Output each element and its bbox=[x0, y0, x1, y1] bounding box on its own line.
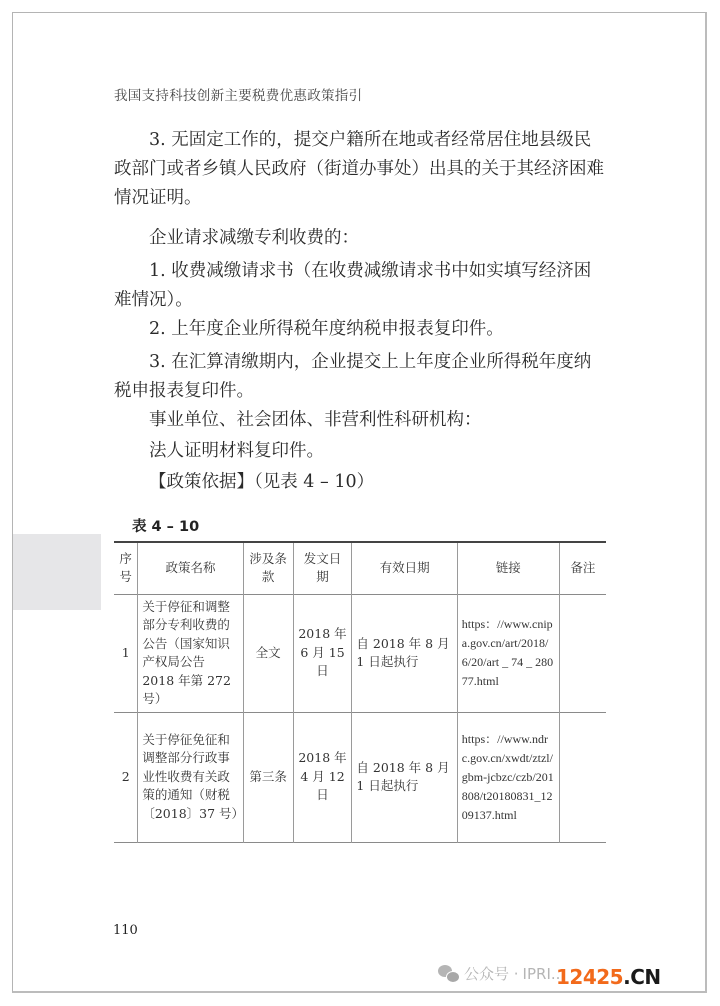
cell-policy-name: 关于停征免征和调整部分行政事业性收费有关政策的通知（财税〔2018〕37 号） bbox=[138, 712, 243, 842]
cell-seq: 1 bbox=[114, 594, 138, 712]
header-policy-name: 政策名称 bbox=[138, 542, 243, 594]
cell-link: https：//www.cnipa.gov.cn/art/2018/6/20/a… bbox=[457, 594, 559, 712]
site-badge-tld: .CN bbox=[623, 965, 661, 989]
cell-effective-date: 自 2018 年 8 月 1 日起执行 bbox=[352, 594, 457, 712]
wechat-icon bbox=[438, 965, 460, 983]
paragraph-last-year-tax: 2. 上年度企业所得税年度纳税申报表复印件。 bbox=[114, 315, 606, 344]
chapter-side-tab bbox=[13, 534, 101, 610]
cell-issue-date: 2018 年 4 月 12 日 bbox=[293, 712, 352, 842]
cell-seq: 2 bbox=[114, 712, 138, 842]
policy-table: 序号 政策名称 涉及条款 发文日期 有效日期 链接 备注 1 关于停征和调整部分… bbox=[114, 541, 606, 843]
cell-note bbox=[559, 594, 606, 712]
table-row: 1 关于停征和调整部分专利收费的公告（国家知识产权局公告 2018 年第 272… bbox=[114, 594, 606, 712]
paragraph-request-form: 1. 收费减缴请求书（在收费减缴请求书中如实填写经济困难情况）。 bbox=[114, 257, 606, 315]
site-badge: 12425.CN bbox=[556, 965, 661, 989]
cell-policy-name: 关于停征和调整部分专利收费的公告（国家知识产权局公告 2018 年第 272 号… bbox=[138, 594, 243, 712]
cell-note bbox=[559, 712, 606, 842]
running-head: 我国支持科技创新主要税费优惠政策指引 bbox=[114, 84, 362, 104]
header-seq: 序号 bbox=[114, 542, 138, 594]
paragraph-no-fixed-job: 3. 无固定工作的，提交户籍所在地或者经常居住地县级民政部门或者乡镇人民政府（街… bbox=[114, 126, 606, 213]
table-caption: 表 4 – 10 bbox=[132, 515, 199, 536]
table-row: 2 关于停征免征和调整部分行政事业性收费有关政策的通知（财税〔2018〕37 号… bbox=[114, 712, 606, 842]
cell-clause: 第三条 bbox=[243, 712, 293, 842]
cell-link: https：//www.ndrc.gov.cn/xwdt/ztzl/gbm-jc… bbox=[457, 712, 559, 842]
site-badge-number: 12425 bbox=[556, 965, 623, 989]
paragraph-settlement-period: 3. 在汇算清缴期内，企业提交上上年度企业所得税年度纳税申报表复印件。 bbox=[114, 348, 606, 406]
cell-clause: 全文 bbox=[243, 594, 293, 712]
paragraph-policy-basis: 【政策依据】（见表 4 – 10） bbox=[114, 468, 606, 497]
header-clause: 涉及条款 bbox=[243, 542, 293, 594]
page-number: 110 bbox=[113, 923, 138, 938]
table-header-row: 序号 政策名称 涉及条款 发文日期 有效日期 链接 备注 bbox=[114, 542, 606, 594]
header-note: 备注 bbox=[559, 542, 606, 594]
paragraph-legal-person-docs: 法人证明材料复印件。 bbox=[114, 437, 606, 466]
watermark-label: 公众号 · bbox=[464, 963, 519, 984]
wechat-watermark: 公众号 · IPRI... bbox=[438, 963, 565, 984]
paragraph-enterprise-heading: 企业请求减缴专利收费的： bbox=[114, 224, 606, 253]
header-issue-date: 发文日期 bbox=[293, 542, 352, 594]
paragraph-institutions-heading: 事业单位、社会团体、非营利性科研机构： bbox=[114, 406, 606, 435]
cell-effective-date: 自 2018 年 8 月 1 日起执行 bbox=[352, 712, 457, 842]
header-link: 链接 bbox=[457, 542, 559, 594]
cell-issue-date: 2018 年 6 月 15 日 bbox=[293, 594, 352, 712]
header-effective-date: 有效日期 bbox=[352, 542, 457, 594]
